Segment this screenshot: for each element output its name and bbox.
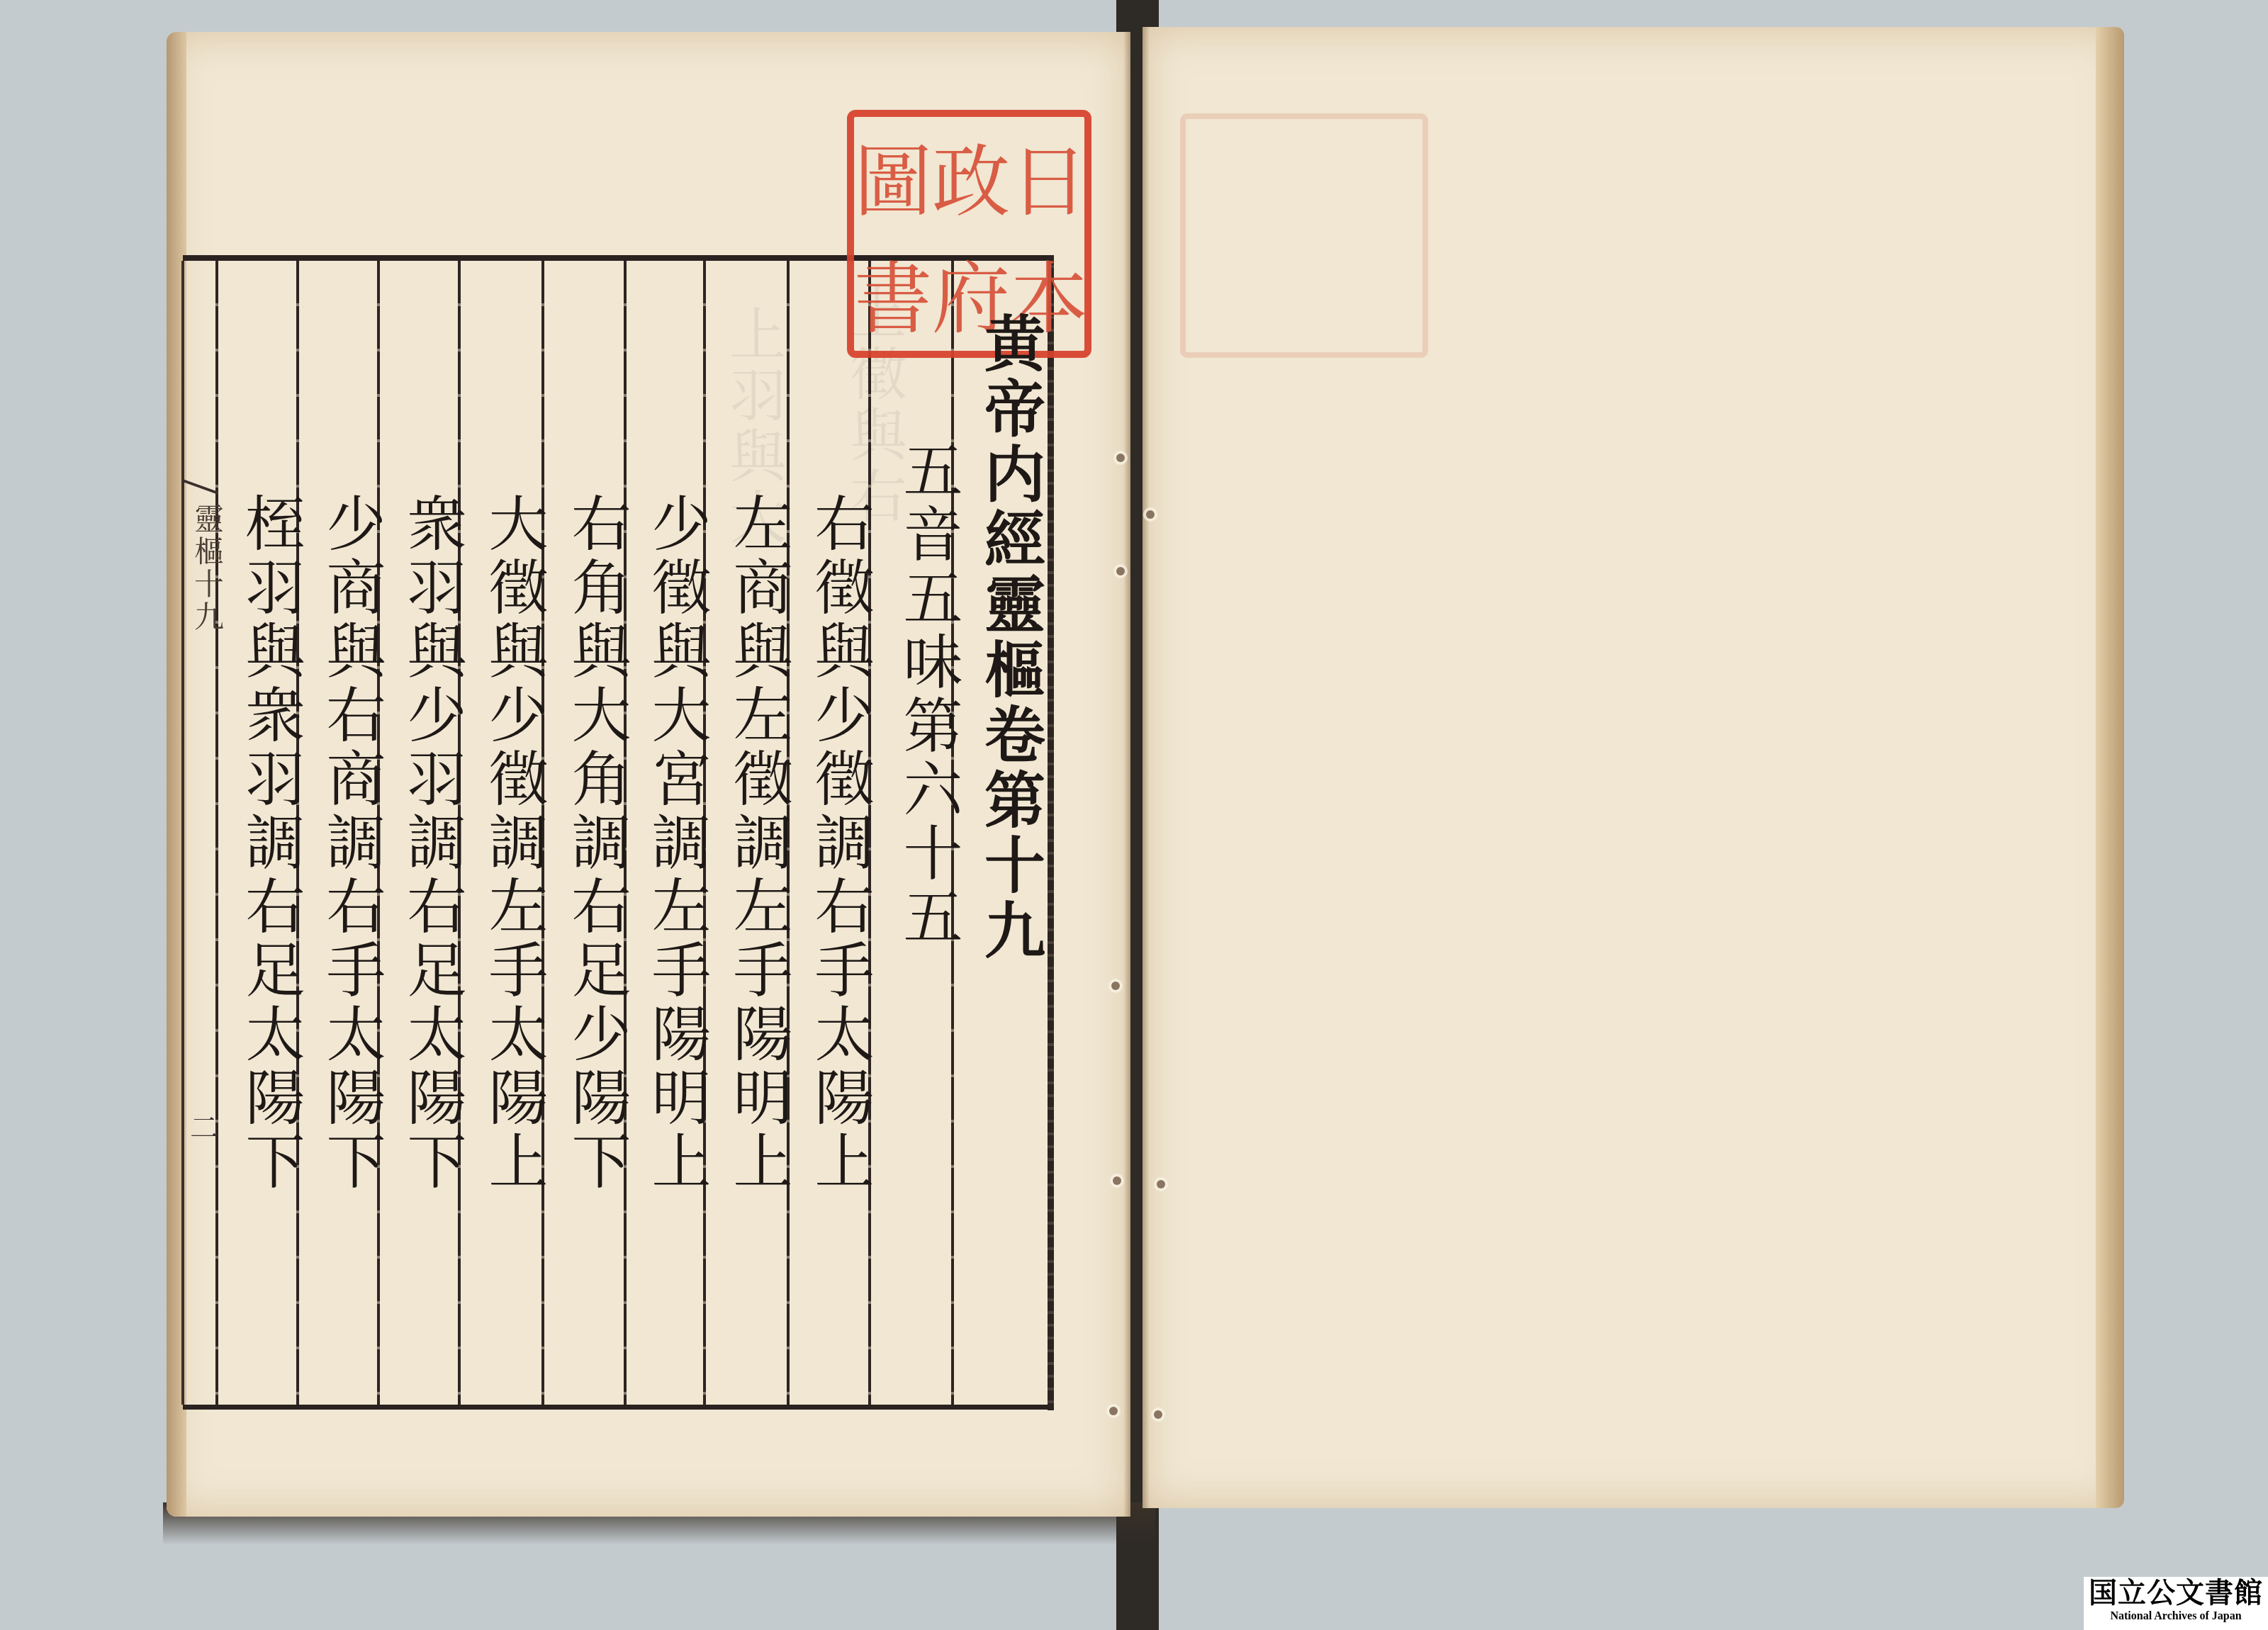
seal-glyph: 圖 <box>854 117 932 234</box>
column-rule <box>215 261 218 1405</box>
fold-margin-title: 靈樞十九 <box>186 503 228 634</box>
logo-japanese: 国立公文書館 <box>2084 1577 2268 1609</box>
binding-hole <box>1113 1176 1121 1185</box>
gutter-edge <box>1123 32 1130 1517</box>
fold-margin-line <box>181 261 184 1405</box>
binding-hole <box>1116 454 1125 462</box>
gutter-edge <box>1143 27 1150 1508</box>
text-column: 桎羽與衆羽調右足太陽下 <box>228 493 314 1194</box>
text-column: 大徵與少徵調左手太陽上 <box>471 493 557 1194</box>
binding-hole <box>1111 982 1120 990</box>
text-column: 右角與大角調右足少陽下 <box>554 493 640 1194</box>
binding-hole <box>1154 1410 1162 1419</box>
frame-bottom-border <box>183 1405 1051 1410</box>
volume-title: 黄帝内經靈樞卷第十九 <box>965 312 1053 964</box>
seal-glyph: 政 <box>932 117 1010 234</box>
national-archives-logo: 国立公文書館 National Archives of Japan <box>2084 1577 2268 1630</box>
text-column: 右徵與少徵調右手太陽上 <box>797 493 883 1194</box>
seal-glyph: 書 <box>854 234 932 351</box>
text-column: 衆羽與少羽調右足太陽下 <box>390 493 476 1194</box>
chapter-title: 五音五味第六十五 <box>886 439 972 950</box>
leaf-number: 二 <box>190 1106 218 1146</box>
seal-offset-ghost <box>1180 113 1428 358</box>
binding-hole <box>1116 567 1125 575</box>
binding-hole <box>1146 510 1155 519</box>
logo-english: National Archives of Japan <box>2084 1609 2268 1624</box>
text-column: 少商與右商調右手太陽下 <box>309 493 395 1194</box>
binding-hole <box>1109 1407 1118 1415</box>
text-column: 左商與左徵調左手陽明上 <box>716 493 802 1194</box>
seal-glyph: 日 <box>1010 117 1088 234</box>
binding-hole <box>1157 1180 1165 1188</box>
text-column: 少徵與大宮調左手陽明上 <box>634 493 720 1194</box>
